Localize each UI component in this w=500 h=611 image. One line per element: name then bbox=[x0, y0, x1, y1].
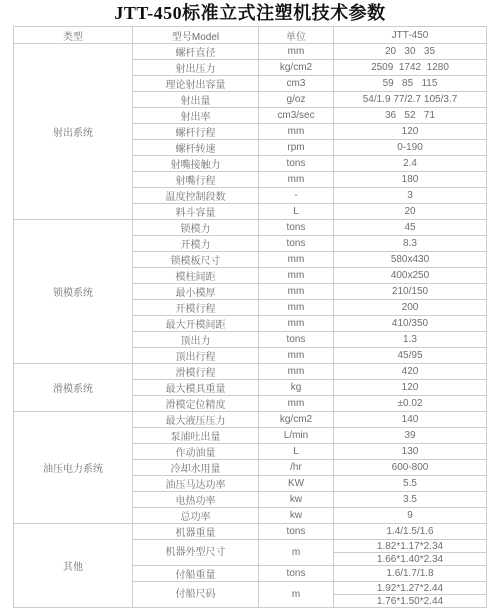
category-cell: 滑模系统 bbox=[14, 364, 133, 412]
model-cell: 电热功率 bbox=[133, 492, 259, 508]
value-cell: 410/350 bbox=[334, 316, 487, 332]
page-title: JTT-450标准立式注塑机技术参数 bbox=[0, 0, 500, 24]
unit-cell: m bbox=[259, 582, 334, 608]
model-cell: 滑模定位精度 bbox=[133, 396, 259, 412]
table-row: 油压电力系统最大液压压力kg/cm2140 bbox=[14, 412, 487, 428]
model-cell: 机器重量 bbox=[133, 524, 259, 540]
model-cell: 锁模板尺寸 bbox=[133, 252, 259, 268]
value-cell: 1.4/1.5/1.6 bbox=[334, 524, 487, 540]
value-cell: 8.3 bbox=[334, 236, 487, 252]
unit-cell: mm bbox=[259, 348, 334, 364]
unit-cell: mm bbox=[259, 44, 334, 60]
model-cell: 射出量 bbox=[133, 92, 259, 108]
model-cell: 顶出行程 bbox=[133, 348, 259, 364]
model-cell: 射出率 bbox=[133, 108, 259, 124]
value-cell: 2509 1742 1280 bbox=[334, 60, 487, 76]
unit-cell: cm3/sec bbox=[259, 108, 334, 124]
unit-cell: KW bbox=[259, 476, 334, 492]
value-cell: 45/95 bbox=[334, 348, 487, 364]
unit-cell: tons bbox=[259, 220, 334, 236]
value-cell: 39 bbox=[334, 428, 487, 444]
column-header-3: JTT-450 bbox=[334, 27, 487, 44]
value-cell: 1.92*1.27*2.44 bbox=[334, 582, 487, 595]
unit-cell: kg bbox=[259, 380, 334, 396]
unit-cell: kg/cm2 bbox=[259, 412, 334, 428]
model-cell: 温度控制段数 bbox=[133, 188, 259, 204]
model-cell: 作动油量 bbox=[133, 444, 259, 460]
unit-cell: /hr bbox=[259, 460, 334, 476]
unit-cell: mm bbox=[259, 124, 334, 140]
model-cell: 冷却水用量 bbox=[133, 460, 259, 476]
unit-cell: mm bbox=[259, 396, 334, 412]
model-cell: 射嘴接触力 bbox=[133, 156, 259, 172]
value-cell: 20 30 35 bbox=[334, 44, 487, 60]
value-cell: 1.6/1.7/1.8 bbox=[334, 566, 487, 582]
unit-cell: mm bbox=[259, 252, 334, 268]
unit-cell: L bbox=[259, 204, 334, 220]
table-row: 锁模系统锁模力tons45 bbox=[14, 220, 487, 236]
unit-cell: mm bbox=[259, 316, 334, 332]
value-cell: 400x250 bbox=[334, 268, 487, 284]
value-cell: 180 bbox=[334, 172, 487, 188]
value-cell: 130 bbox=[334, 444, 487, 460]
model-cell: 开模行程 bbox=[133, 300, 259, 316]
unit-cell: tons bbox=[259, 566, 334, 582]
page: JTT-450标准立式注塑机技术参数 类型型号Model单位JTT-450 射出… bbox=[0, 0, 500, 611]
unit-cell: kg/cm2 bbox=[259, 60, 334, 76]
unit-cell: mm bbox=[259, 268, 334, 284]
model-cell: 螺杆行程 bbox=[133, 124, 259, 140]
model-cell: 机器外型尺寸 bbox=[133, 540, 259, 566]
unit-cell: mm bbox=[259, 284, 334, 300]
value-cell: 36 52 71 bbox=[334, 108, 487, 124]
value-cell: ±0.02 bbox=[334, 396, 487, 412]
value-cell: 120 bbox=[334, 380, 487, 396]
table-row: 滑模系统滑模行程mm420 bbox=[14, 364, 487, 380]
model-cell: 料斗容量 bbox=[133, 204, 259, 220]
value-cell: 420 bbox=[334, 364, 487, 380]
value-cell: 5.5 bbox=[334, 476, 487, 492]
unit-cell: L/min bbox=[259, 428, 334, 444]
unit-cell: cm3 bbox=[259, 76, 334, 92]
value-cell: 3 bbox=[334, 188, 487, 204]
value-cell: 3.5 bbox=[334, 492, 487, 508]
value-cell: 600-800 bbox=[334, 460, 487, 476]
unit-cell: mm bbox=[259, 364, 334, 380]
model-cell: 最大开模间距 bbox=[133, 316, 259, 332]
value-cell: 2.4 bbox=[334, 156, 487, 172]
model-cell: 付船尺码 bbox=[133, 582, 259, 608]
model-cell: 最大模具重量 bbox=[133, 380, 259, 396]
model-cell: 射嘴行程 bbox=[133, 172, 259, 188]
column-header-0: 类型 bbox=[14, 27, 133, 44]
model-cell: 付船重量 bbox=[133, 566, 259, 582]
unit-cell: L bbox=[259, 444, 334, 460]
model-cell: 油压马达功率 bbox=[133, 476, 259, 492]
unit-cell: g/oz bbox=[259, 92, 334, 108]
model-cell: 射出压力 bbox=[133, 60, 259, 76]
category-cell: 油压电力系统 bbox=[14, 412, 133, 524]
value-cell: 1.76*1.50*2.44 bbox=[334, 595, 487, 608]
spec-table-body: 射出系统螺杆直径mm20 30 35射出压力kg/cm22509 1742 12… bbox=[14, 44, 487, 608]
model-cell: 总功率 bbox=[133, 508, 259, 524]
value-cell: 140 bbox=[334, 412, 487, 428]
unit-cell: kw bbox=[259, 508, 334, 524]
table-row: 其他机器重量tons1.4/1.5/1.6 bbox=[14, 524, 487, 540]
value-cell: 20 bbox=[334, 204, 487, 220]
spec-table: 类型型号Model单位JTT-450 射出系统螺杆直径mm20 30 35射出压… bbox=[13, 26, 487, 608]
category-cell: 锁模系统 bbox=[14, 220, 133, 364]
column-header-1: 型号Model bbox=[133, 27, 259, 44]
value-cell: 45 bbox=[334, 220, 487, 236]
model-cell: 理论射出容量 bbox=[133, 76, 259, 92]
unit-cell: rpm bbox=[259, 140, 334, 156]
model-cell: 开模力 bbox=[133, 236, 259, 252]
model-cell: 滑模行程 bbox=[133, 364, 259, 380]
category-cell: 射出系统 bbox=[14, 44, 133, 220]
value-cell: 1.66*1.40*2.34 bbox=[334, 553, 487, 566]
model-cell: 模柱间距 bbox=[133, 268, 259, 284]
value-cell: 1.82*1.17*2.34 bbox=[334, 540, 487, 553]
model-cell: 顶出力 bbox=[133, 332, 259, 348]
value-cell: 580x430 bbox=[334, 252, 487, 268]
category-cell: 其他 bbox=[14, 524, 133, 608]
column-header-2: 单位 bbox=[259, 27, 334, 44]
unit-cell: kw bbox=[259, 492, 334, 508]
value-cell: 59 85 115 bbox=[334, 76, 487, 92]
value-cell: 54/1.9 77/2.7 105/3.7 bbox=[334, 92, 487, 108]
value-cell: 1.3 bbox=[334, 332, 487, 348]
unit-cell: - bbox=[259, 188, 334, 204]
table-row: 射出系统螺杆直径mm20 30 35 bbox=[14, 44, 487, 60]
unit-cell: mm bbox=[259, 172, 334, 188]
unit-cell: mm bbox=[259, 300, 334, 316]
value-cell: 9 bbox=[334, 508, 487, 524]
value-cell: 0-190 bbox=[334, 140, 487, 156]
model-cell: 螺杆转速 bbox=[133, 140, 259, 156]
unit-cell: tons bbox=[259, 524, 334, 540]
model-cell: 锁模力 bbox=[133, 220, 259, 236]
model-cell: 泵浦吐出量 bbox=[133, 428, 259, 444]
value-cell: 200 bbox=[334, 300, 487, 316]
unit-cell: tons bbox=[259, 236, 334, 252]
header-row: 类型型号Model单位JTT-450 bbox=[14, 27, 487, 44]
unit-cell: tons bbox=[259, 332, 334, 348]
model-cell: 螺杆直径 bbox=[133, 44, 259, 60]
unit-cell: m bbox=[259, 540, 334, 566]
model-cell: 最大液压压力 bbox=[133, 412, 259, 428]
unit-cell: tons bbox=[259, 156, 334, 172]
spec-table-header: 类型型号Model单位JTT-450 bbox=[14, 27, 487, 44]
model-cell: 最小模厚 bbox=[133, 284, 259, 300]
value-cell: 210/150 bbox=[334, 284, 487, 300]
value-cell: 120 bbox=[334, 124, 487, 140]
